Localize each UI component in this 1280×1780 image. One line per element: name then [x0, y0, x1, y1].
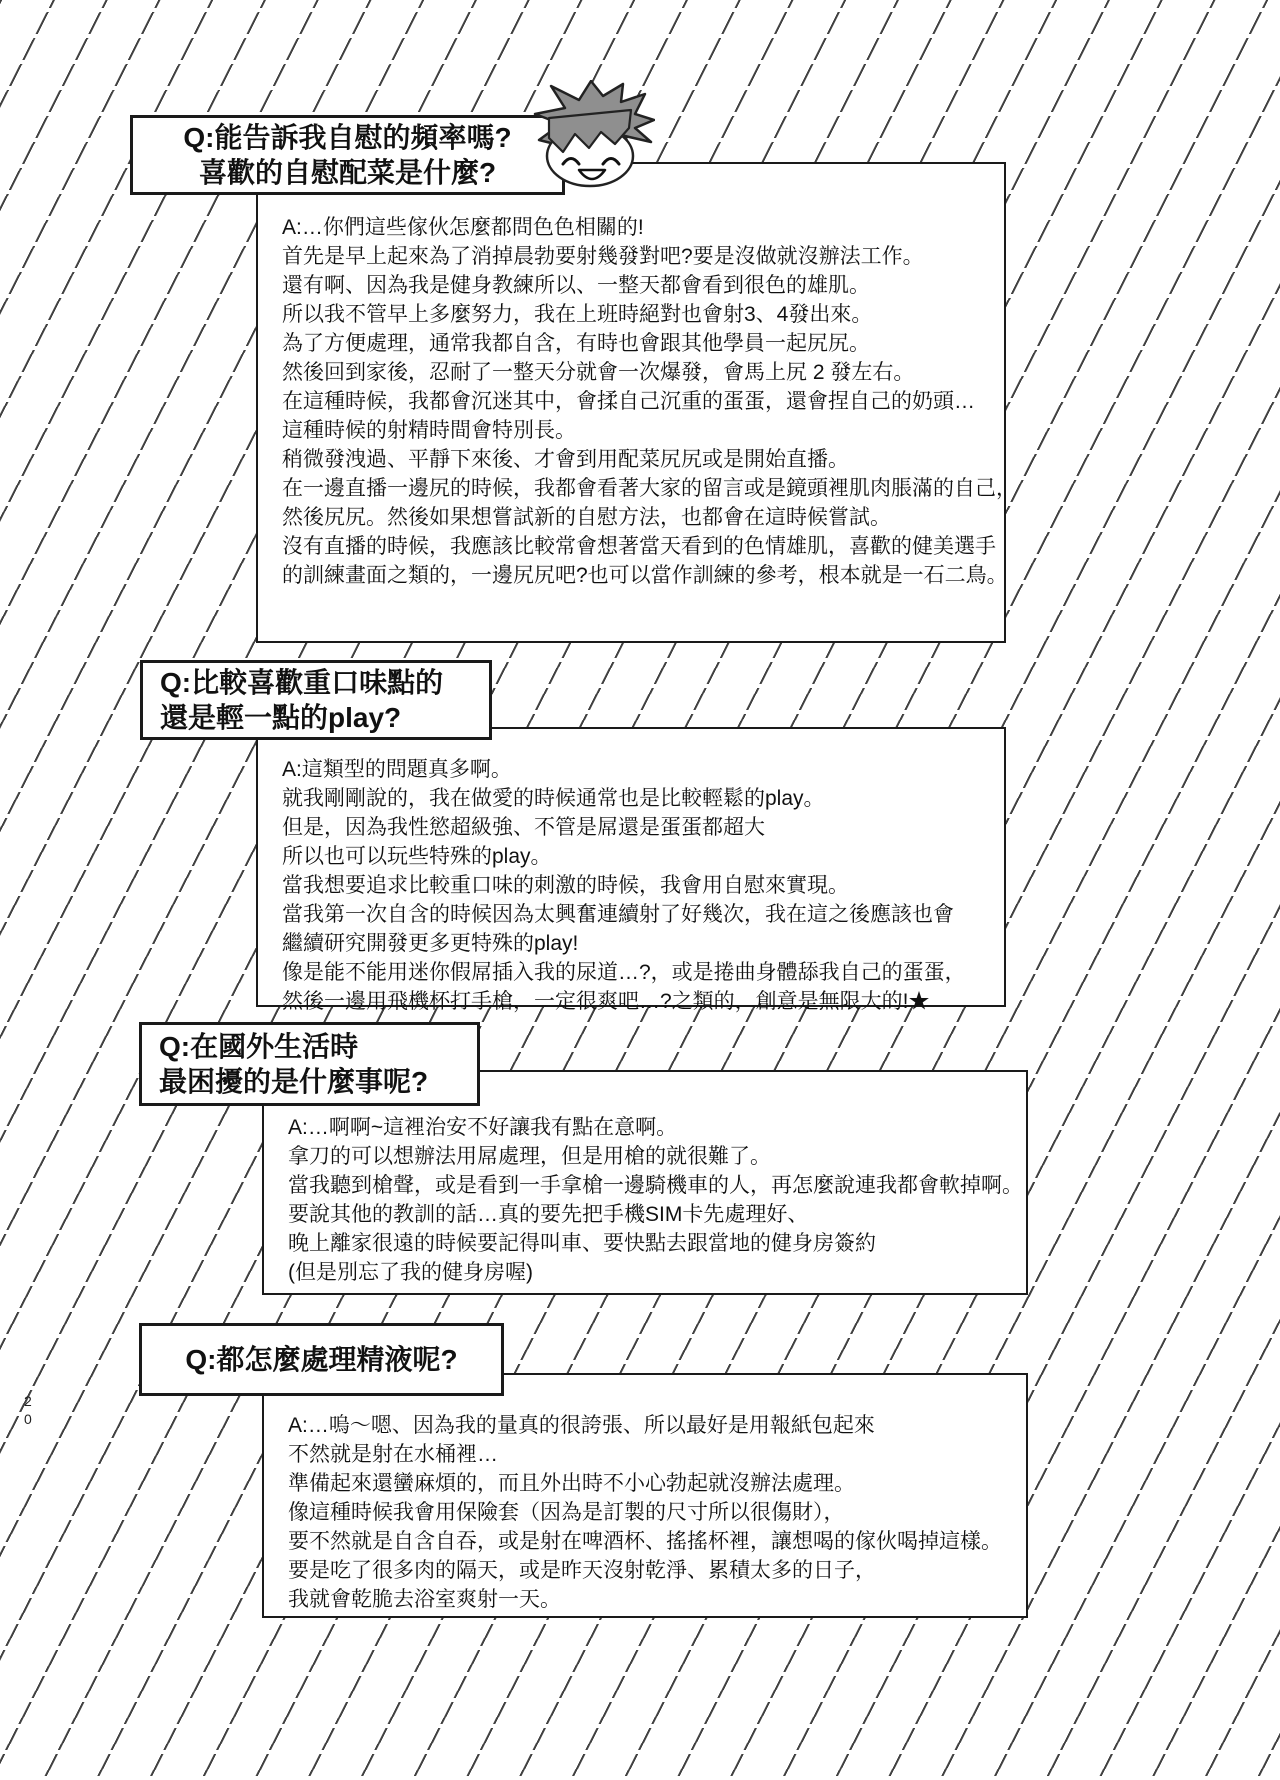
question-line: Q:都怎麼處理精液呢? [185, 1342, 457, 1377]
answer-box-1: A:…你們這些傢伙怎麼都問色色相關的!首先是早上起來為了消掉晨勃要射幾發對吧?要… [256, 162, 1006, 643]
question-box-3: Q:在國外生活時最困擾的是什麼事呢? [139, 1022, 480, 1106]
question-line: 喜歡的自慰配菜是什麼? [199, 155, 496, 190]
answer-text-2: A:這類型的問題真多啊。就我剛剛說的，我在做愛的時候通常也是比較輕鬆的play。… [282, 755, 996, 1016]
answer-line: 要說其他的教訓的話…真的要先把手機SIM卡先處理好、 [288, 1200, 1018, 1229]
answer-line: 在一邊直播一邊尻的時候，我都會看著大家的留言或是鏡頭裡肌肉脹滿的自己， [282, 474, 996, 503]
answer-line: 的訓練畫面之類的，一邊尻尻吧?也可以當作訓練的參考，根本就是一石二鳥。 [282, 561, 996, 590]
answer-text-3: A:…啊啊~這裡治安不好讓我有點在意啊。拿刀的可以想辦法用屌處理，但是用槍的就很… [288, 1113, 1018, 1287]
answer-line: 這種時候的射精時間會特別長。 [282, 416, 996, 445]
answer-line: 當我想要追求比較重口味的刺激的時候，我會用自慰來實現。 [282, 871, 996, 900]
answer-line: 像是能不能用迷你假屌插入我的尿道…?，或是捲曲身體舔我自己的蛋蛋， [282, 958, 996, 987]
answer-line: 但是，因為我性慾超級強、不管是屌還是蛋蛋都超大 [282, 813, 996, 842]
question-box-1: Q:能告訴我自慰的頻率嗎?喜歡的自慰配菜是什麼? [130, 115, 565, 195]
answer-line: 當我第一次自含的時候因為太興奮連續射了好幾次，我在這之後應該也會 [282, 900, 996, 929]
answer-line: 要不然就是自含自吞，或是射在啤酒杯、搖搖杯裡，讓想喝的傢伙喝掉這樣。 [288, 1527, 1018, 1556]
answer-line: 晚上離家很遠的時候要記得叫車、要快點去跟當地的健身房簽約 [288, 1229, 1018, 1258]
answer-line: 準備起來還蠻麻煩的，而且外出時不小心勃起就沒辦法處理。 [288, 1469, 1018, 1498]
question-line: 最困擾的是什麼事呢? [159, 1064, 477, 1099]
answer-line: 首先是早上起來為了消掉晨勃要射幾發對吧?要是沒做就沒辦法工作。 [282, 242, 996, 271]
question-line: 還是輕一點的play? [160, 700, 489, 735]
question-line: Q:能告訴我自慰的頻率嗎? [183, 120, 511, 155]
answer-line: 稍微發洩過、平靜下來後、才會到用配菜尻尻或是開始直播。 [282, 445, 996, 474]
answer-line: 沒有直播的時候，我應該比較常會想著當天看到的色情雄肌，喜歡的健美選手 [282, 532, 996, 561]
answer-line: 然後回到家後，忍耐了一整天分就會一次爆發，會馬上尻 2 發左右。 [282, 358, 996, 387]
answer-line: 繼續研究開發更多更特殊的play! [282, 929, 996, 958]
question-line: Q:在國外生活時 [159, 1029, 477, 1064]
answer-line: 當我聽到槍聲，或是看到一手拿槍一邊騎機車的人，再怎麼說連我都會軟掉啊。 [288, 1171, 1018, 1200]
answer-line: 像這種時候我會用保險套（因為是訂製的尺寸所以很傷財）， [288, 1498, 1018, 1527]
chibi-smiling-boy-face-icon [505, 80, 655, 190]
question-text-1: Q:能告訴我自慰的頻率嗎?喜歡的自慰配菜是什麼? [133, 118, 562, 192]
question-text-4: Q:都怎麼處理精液呢? [142, 1326, 501, 1393]
answer-line: A:這類型的問題真多啊。 [282, 755, 996, 784]
answer-line: 所以也可以玩些特殊的play。 [282, 842, 996, 871]
answer-line: 就我剛剛說的，我在做愛的時候通常也是比較輕鬆的play。 [282, 784, 996, 813]
answer-line: 為了方便處理，通常我都自含，有時也會跟其他學員一起尻尻。 [282, 329, 996, 358]
answer-text-4: A:…嗚～嗯、因為我的量真的很誇張、所以最好是用報紙包起來不然就是射在水桶裡…準… [288, 1411, 1018, 1614]
answer-line: 要是吃了很多肉的隔天，或是昨天沒射乾淨、累積太多的日子， [288, 1556, 1018, 1585]
answer-line: 然後一邊用飛機杯打手槍，一定很爽吧…?之類的，創意是無限大的!★ [282, 987, 996, 1016]
answer-line: 不然就是射在水桶裡… [288, 1440, 1018, 1469]
answer-line: 在這種時候，我都會沉迷其中，會揉自己沉重的蛋蛋，還會捏自己的奶頭… [282, 387, 996, 416]
question-text-2: Q:比較喜歡重口味點的還是輕一點的play? [143, 663, 489, 737]
answer-box-4: A:…嗚～嗯、因為我的量真的很誇張、所以最好是用報紙包起來不然就是射在水桶裡…準… [262, 1373, 1028, 1618]
answer-line: 拿刀的可以想辦法用屌處理，但是用槍的就很難了。 [288, 1142, 1018, 1171]
page-number: 20 [24, 1392, 38, 1428]
answer-line: 然後尻尻。然後如果想嘗試新的自慰方法，也都會在這時候嘗試。 [282, 503, 996, 532]
answer-line: (但是別忘了我的健身房喔) [288, 1258, 1018, 1287]
question-text-3: Q:在國外生活時最困擾的是什麼事呢? [142, 1025, 477, 1103]
answer-line: 還有啊、因為我是健身教練所以、一整天都會看到很色的雄肌。 [282, 271, 996, 300]
answer-text-1: A:…你們這些傢伙怎麼都問色色相關的!首先是早上起來為了消掉晨勃要射幾發對吧?要… [282, 213, 996, 590]
answer-line: A:…你們這些傢伙怎麼都問色色相關的! [282, 213, 996, 242]
question-box-2: Q:比較喜歡重口味點的還是輕一點的play? [140, 660, 492, 740]
question-line: Q:比較喜歡重口味點的 [160, 665, 489, 700]
answer-line: A:…嗚～嗯、因為我的量真的很誇張、所以最好是用報紙包起來 [288, 1411, 1018, 1440]
question-box-4: Q:都怎麼處理精液呢? [139, 1323, 504, 1396]
answer-line: 所以我不管早上多麼努力，我在上班時絕對也會射3、4發出來。 [282, 300, 996, 329]
answer-box-2: A:這類型的問題真多啊。就我剛剛說的，我在做愛的時候通常也是比較輕鬆的play。… [256, 727, 1006, 1007]
answer-line: A:…啊啊~這裡治安不好讓我有點在意啊。 [288, 1113, 1018, 1142]
answer-line: 我就會乾脆去浴室爽射一天。 [288, 1585, 1018, 1614]
